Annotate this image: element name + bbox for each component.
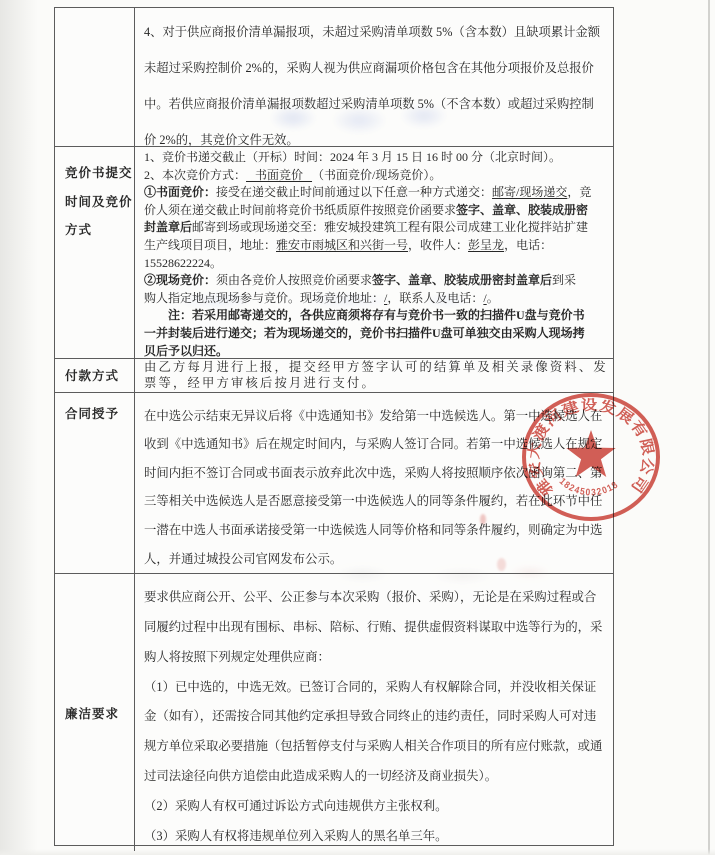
scan-right-edge-line xyxy=(708,0,710,855)
table-row: 廉洁要求 要求供应商公开、公平、公正参与本次采购（报价、采购），无论是在采购过程… xyxy=(55,574,613,851)
text-line: 4、对于供应商报价清单漏报项，未超过采购清单项数 5%（含本数）且缺项累计金额 xyxy=(144,14,609,50)
text-line: 收到《中选通知书》后在规定时间内，与采购人签订合同。若第一中选候选人在规定 xyxy=(144,430,609,459)
row-content: 由乙方每月进行上报，提交经甲方签字认可的结算单及相关录像资料、发 票等，经甲方审… xyxy=(135,359,613,392)
row-label-empty xyxy=(55,8,135,146)
text-line: 价 2%的，其竞价文件无效。 xyxy=(144,122,609,146)
row-content: 在中选公示结束无异议后将《中选通知书》发给第一中选候选人。第一中选候选人在 收到… xyxy=(135,393,613,574)
text-line: 规方单位采取必要措施（包括暂停支付与采购人相关合作项目的所有应付账款，或通 xyxy=(144,732,609,762)
text-line: 一潜在中选人书面承诺接受第一中选候选人同等价格和同等条件履约，则确定为中选 xyxy=(144,516,609,545)
label-line: 时间及竞价 xyxy=(65,188,134,217)
table-row: 竞价书提交 时间及竞价 方式 1、竞价书递交截止（开标）时间：2024 年 3 … xyxy=(55,147,613,359)
row-label: 廉洁要求 xyxy=(55,574,135,851)
text-line: （1）已中选的，中选无效。已签订合同的，采购人有权解除合同，并没收相关保证 xyxy=(144,673,609,703)
text-line: 15528622224。 xyxy=(144,255,609,273)
text-line: 未超过采购控制价 2%的，采购人视为供应商漏项价格包含在其他分项报价及总报价 xyxy=(144,50,609,86)
scan-left-edge-shadow xyxy=(0,0,38,855)
label-line: 付款方式 xyxy=(65,366,134,384)
text-line: 由乙方每月进行上报，提交经甲方签字认可的结算单及相关录像资料、发 xyxy=(144,360,609,376)
text-line: （2）采购人有权可通过诉讼方式向违规供方主张权利。 xyxy=(144,792,609,822)
label-line: 竞价书提交 xyxy=(65,159,134,188)
table-row: 付款方式 由乙方每月进行上报，提交经甲方签字认可的结算单及相关录像资料、发 票等… xyxy=(55,359,613,393)
text-line: 生产线项目项目，地址：雅安市雨城区和兴街一号，收件人：彭呈龙，电话： xyxy=(144,237,609,255)
text-line: 1、竞价书递交截止（开标）时间：2024 年 3 月 15 日 16 时 00 … xyxy=(144,149,609,167)
text-line: 注：若采用邮寄递交的，各供应商须将存有与竞价书一致的扫描件U盘与竞价书 xyxy=(144,307,609,325)
label-line: 合同授予 xyxy=(65,404,134,422)
text-line: 同履约过程中出现有围标、串标、陪标、行贿、提供虚假资料谋取中选等行为的，采 xyxy=(144,613,609,643)
label-line: 廉洁要求 xyxy=(65,704,134,722)
scanned-document-page: { "document": { "rows": [ { "label": "",… xyxy=(0,0,715,855)
text-line: 人，并通过城投公司官网发布公示。 xyxy=(144,545,609,574)
text-line: 三等相关中选候选人是否愿意接受第一中选候选人的同等条件履约，若在此环节中任 xyxy=(144,487,609,516)
text-line: 过司法途径向供方追偿由此造成采购人的一切经济及商业损失）。 xyxy=(144,762,609,792)
text-line: 中。若供应商报价清单漏报项数超过采购清单项数 5%（不含本数）或超过采购控制 xyxy=(144,86,609,122)
text-line: 购人指定地点现场参与竞价。现场竞价地址：/，联系人及电话：/。 xyxy=(144,290,609,308)
row-content: 要求供应商公开、公平、公正参与本次采购（报价、采购），无论是在采购过程或合 同履… xyxy=(135,574,613,851)
text-line: 一并封装后进行递交；若为现场递交的，竞价书扫描件U盘可单独交由采购人现场拷 xyxy=(144,325,609,343)
table-row: 4、对于供应商报价清单漏报项，未超过采购清单项数 5%（含本数）且缺项累计金额 … xyxy=(55,8,613,147)
row-content: 4、对于供应商报价清单漏报项，未超过采购清单项数 5%（含本数）且缺项累计金额 … xyxy=(135,8,613,146)
text-line: ②现场竞价：须由各竞价人按照竞价函要求签字、盖章、胶装成册密封盖章后到采 xyxy=(144,272,609,290)
table-row: 合同授予 在中选公示结束无异议后将《中选通知书》发给第一中选候选人。第一中选候选… xyxy=(55,393,613,575)
text-line: （3）采购人有权将违规单位列入采购人的黑名单三年。 xyxy=(144,822,609,852)
row-label: 合同授予 xyxy=(55,393,135,574)
text-line: 购人将按照下列规定处理供应商： xyxy=(144,643,609,673)
text-line: ①书面竞价：接受在递交截止时间前通过以下任意一种方式递交：邮寄/现场递交，竞 xyxy=(144,184,609,202)
text-line: 金（如有），还需按合同其他约定承担导致合同终止的违约责任，同时采购人可对违 xyxy=(144,702,609,732)
text-line: 时间内拒不签订合同或书面表示放弃此次中选，采购人将按照顺序依次函询第二、第 xyxy=(144,459,609,488)
text-line: 贝后予以归还。 xyxy=(144,343,609,358)
text-line: 2、本次竞价方式： 书面竞价 （书面竞价/现场竞价）。 xyxy=(144,167,609,185)
text-line: 票等，经甲方审核后按月进行支付。 xyxy=(144,376,609,392)
label-line: 方式 xyxy=(65,216,134,245)
row-content: 1、竞价书递交截止（开标）时间：2024 年 3 月 15 日 16 时 00 … xyxy=(135,147,613,358)
text-line: 在中选公示结束无异议后将《中选通知书》发给第一中选候选人。第一中选候选人在 xyxy=(144,402,609,431)
row-label: 付款方式 xyxy=(55,359,135,392)
bidding-terms-table: 4、对于供应商报价清单漏报项，未超过采购清单项数 5%（含本数）且缺项累计金额 … xyxy=(54,7,614,846)
row-label: 竞价书提交 时间及竞价 方式 xyxy=(55,147,135,358)
text-line: 要求供应商公开、公平、公正参与本次采购（报价、采购），无论是在采购过程或合 xyxy=(144,583,609,613)
text-line: 价人须在递交截止时间前将竞价书纸质原件按照竞价函要求签字、盖章、胶装成册密 xyxy=(144,202,609,220)
text-line: 封盖章后邮寄到场或现场递交至：雅安城投建筑工程有限公司成建工业化搅拌站扩建 xyxy=(144,219,609,237)
